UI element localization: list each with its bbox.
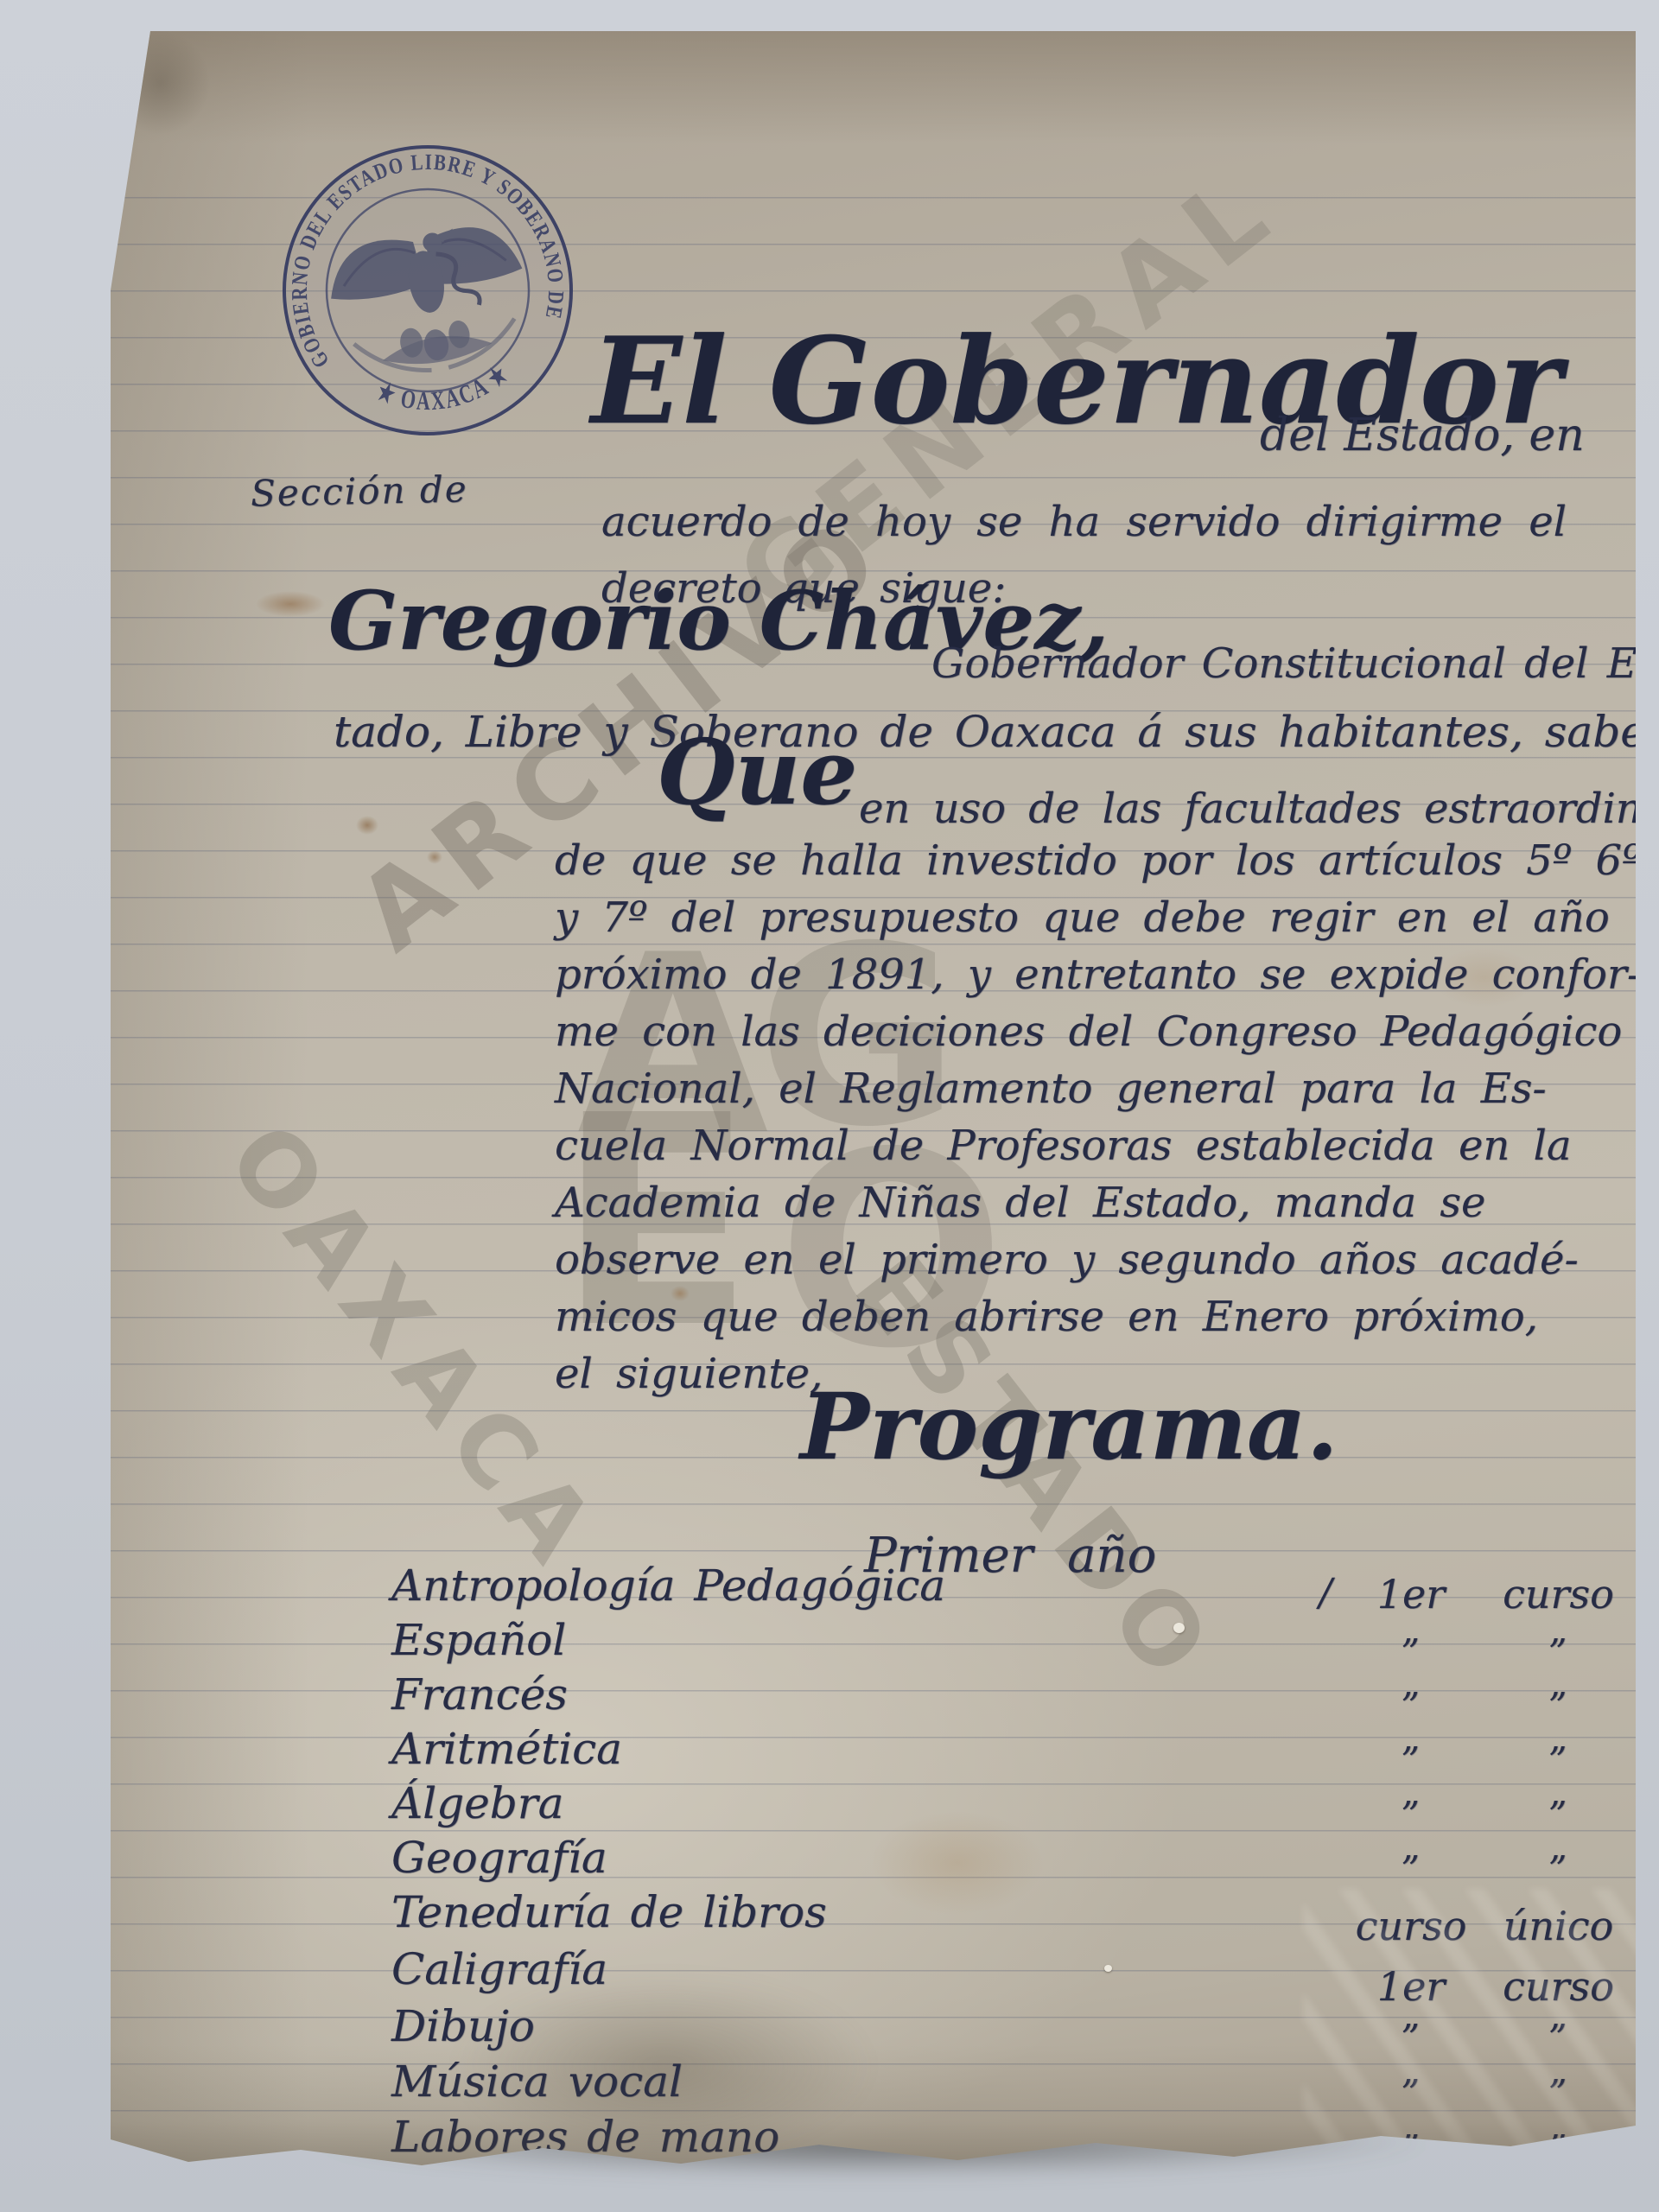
program-title: Programa. <box>800 1381 1338 1472</box>
decree-salutation: tado, Libre y Soberano de Oaxaca á sus h… <box>334 707 1659 757</box>
course-ditto: ” <box>1483 1794 1634 1836</box>
decree-body-line: micos que deben abrirse en Enero próximo… <box>555 1293 1538 1341</box>
course-name: Francés <box>391 1669 568 1719</box>
course-name: Español <box>391 1615 566 1665</box>
decree-body-line: me con las deciciones del Congreso Pedag… <box>555 1007 1622 1056</box>
course-name: Antropología Pedagógica <box>391 1560 945 1611</box>
course-ditto: ” <box>1338 1631 1484 1674</box>
decree-body-line: y 7º del presupuesto que debe regir en e… <box>555 893 1610 942</box>
course-name: Teneduría de libros <box>391 1887 827 1937</box>
decree-body-line: Academia de Niñas del Estado, manda se <box>555 1179 1485 1227</box>
course-value: 1er <box>1338 1571 1484 1618</box>
course-name: Caligrafía <box>391 1944 607 1994</box>
course-name: Álgebra <box>391 1778 563 1828</box>
decree-body-line: próximo de 1891, y entretanto se expide … <box>555 950 1641 999</box>
course-ditto: ” <box>1338 1739 1484 1782</box>
course-name: Aritmética <box>391 1724 622 1774</box>
course-name: Geografía <box>391 1833 607 1883</box>
course-value: curso <box>1483 1571 1634 1618</box>
course-ditto: ” <box>1483 1739 1634 1782</box>
decree-body-line: de que se halla investido por los artícu… <box>555 836 1642 885</box>
decree-body-line: el siguiente, <box>555 1350 823 1398</box>
decree-line-que: en uso de las facultades estraordinarias <box>859 785 1659 833</box>
course-ditto: ” <box>1483 1848 1634 1891</box>
decree-body-line: cuela Normal de Profesoras establecida e… <box>555 1122 1572 1170</box>
heading-del-estado: del Estado, en <box>1260 410 1585 461</box>
manuscript-page: ARCHIVO GENERAL ESTADO OAXACA A G E O GO… <box>111 31 1636 2184</box>
course-ditto: ” <box>1338 1848 1484 1891</box>
opening-line-2: acuerdo de hoy se ha servido dirigirme e… <box>601 498 1567 546</box>
decree-body-line: Nacional, el Reglamento general para la … <box>555 1065 1547 1113</box>
course-ditto: ” <box>1483 1685 1634 1727</box>
section-label: Sección de <box>251 467 469 514</box>
decree-body-line: observe en el primero y segundo años aca… <box>555 1236 1579 1284</box>
que-initial: Que <box>657 728 857 817</box>
paper-hole <box>1104 1965 1112 1972</box>
course-ditto: ” <box>1483 1631 1634 1674</box>
course-ditto: ” <box>1338 1794 1484 1836</box>
governor-title: Gobernador Constitucional del Es- <box>931 639 1659 688</box>
paper-hole <box>1173 1623 1185 1633</box>
course-ditto: ” <box>1338 1685 1484 1727</box>
corner-shadow <box>111 31 387 290</box>
